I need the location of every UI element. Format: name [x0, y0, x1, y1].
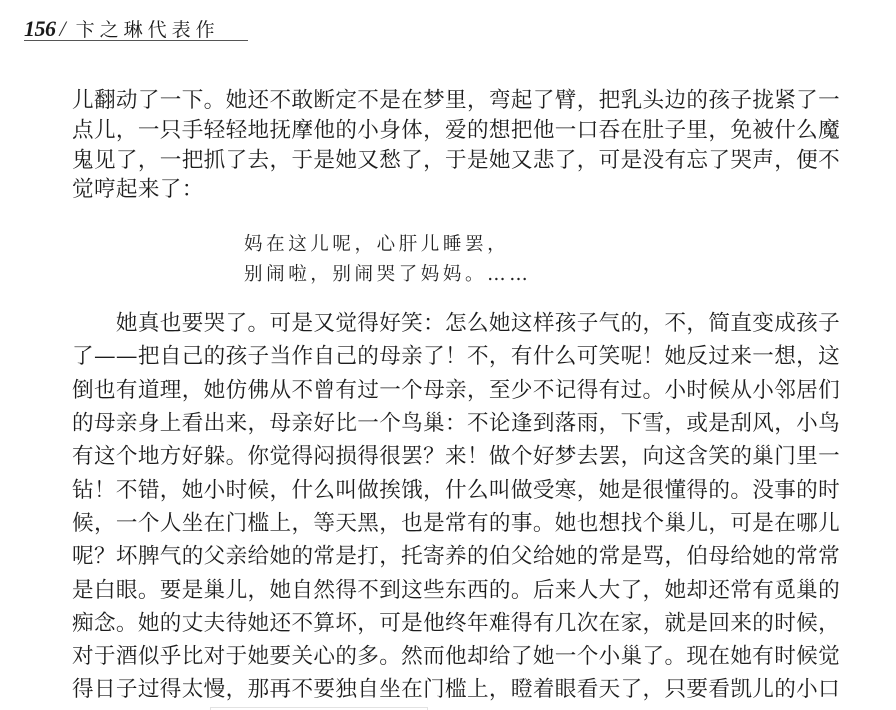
- text-line: 得日子过得太慢，那再不要独自坐在门槛上，瞪着眼看天了，只要看凯儿的小口: [72, 677, 840, 703]
- text-line: 她真也要哭了。可是又觉得好笑：怎么她这样孩子气的，不，简直变成孩子: [72, 311, 840, 337]
- text-line: 有这个地方好躲。你觉得闷损得很罢？来！做个好梦去罢，向这含笑的巢门里一: [72, 444, 840, 470]
- text-line: 钻！不错，她小时候，什么叫做挨饿，什么叫做受寒，她是很懂得的。没事的时: [72, 478, 840, 504]
- text-line: 是白眼。要是巢儿，她自然得不到这些东西的。后来人大了，她却还常有觅巢的: [72, 578, 840, 604]
- text-line: 痴念。她的丈夫待她还不算坏，可是他终年难得有几次在家，就是回来的时候，: [72, 611, 840, 637]
- text-line: 觉哼起来了：: [72, 177, 204, 203]
- text-line: 呢？坏脾气的父亲给她的常是打，托寄养的伯父给她的常是骂，伯母给她的常常: [72, 544, 840, 570]
- text-line: 的母亲身上看出来，母亲好比一个鸟巢：不论逢到落雨，下雪，或是刮风，小鸟: [72, 411, 840, 437]
- verse-line: 别闹啦，别闹哭了妈妈。……: [244, 263, 531, 287]
- page-header: 156 / 卞之琳代表作: [24, 14, 220, 42]
- page-number: 156: [24, 16, 56, 42]
- running-title: 卞之琳代表作: [76, 15, 220, 42]
- text-line: 倒也有道理，她仿佛从不曾有过一个母亲，至少不记得有过。小时候从小邻居们: [72, 378, 840, 404]
- text-line: 鬼见了，一把抓了去，于是她又愁了，于是她又悲了，可是没有忘了哭声，便不: [72, 148, 840, 174]
- text-line: 候，一个人坐在门槛上，等天黑，也是常有的事。她也想找个巢儿，可是在哪儿: [72, 511, 840, 537]
- verse-line: 妈在这儿呢，心肝儿睡罢，: [244, 233, 509, 257]
- text-line: 了——把自己的孩子当作自己的母亲了！不，有什么可笑呢！她反过来一想，这: [72, 344, 840, 370]
- header-rule: [24, 40, 248, 41]
- text-line: 对于酒似乎比对于她要关心的多。然而他却给了她一个小巢了。现在她有时候觉: [72, 644, 840, 670]
- text-line: 儿翻动了一下。她还不敢断定不是在梦里，弯起了臂，把乳头边的孩子拢紧了一: [72, 88, 840, 114]
- text-line: 点儿，一只手轻轻地抚摩他的小身体，爱的想把他一口吞在肚子里，免被什么魔: [72, 118, 840, 144]
- header-separator: /: [60, 16, 66, 42]
